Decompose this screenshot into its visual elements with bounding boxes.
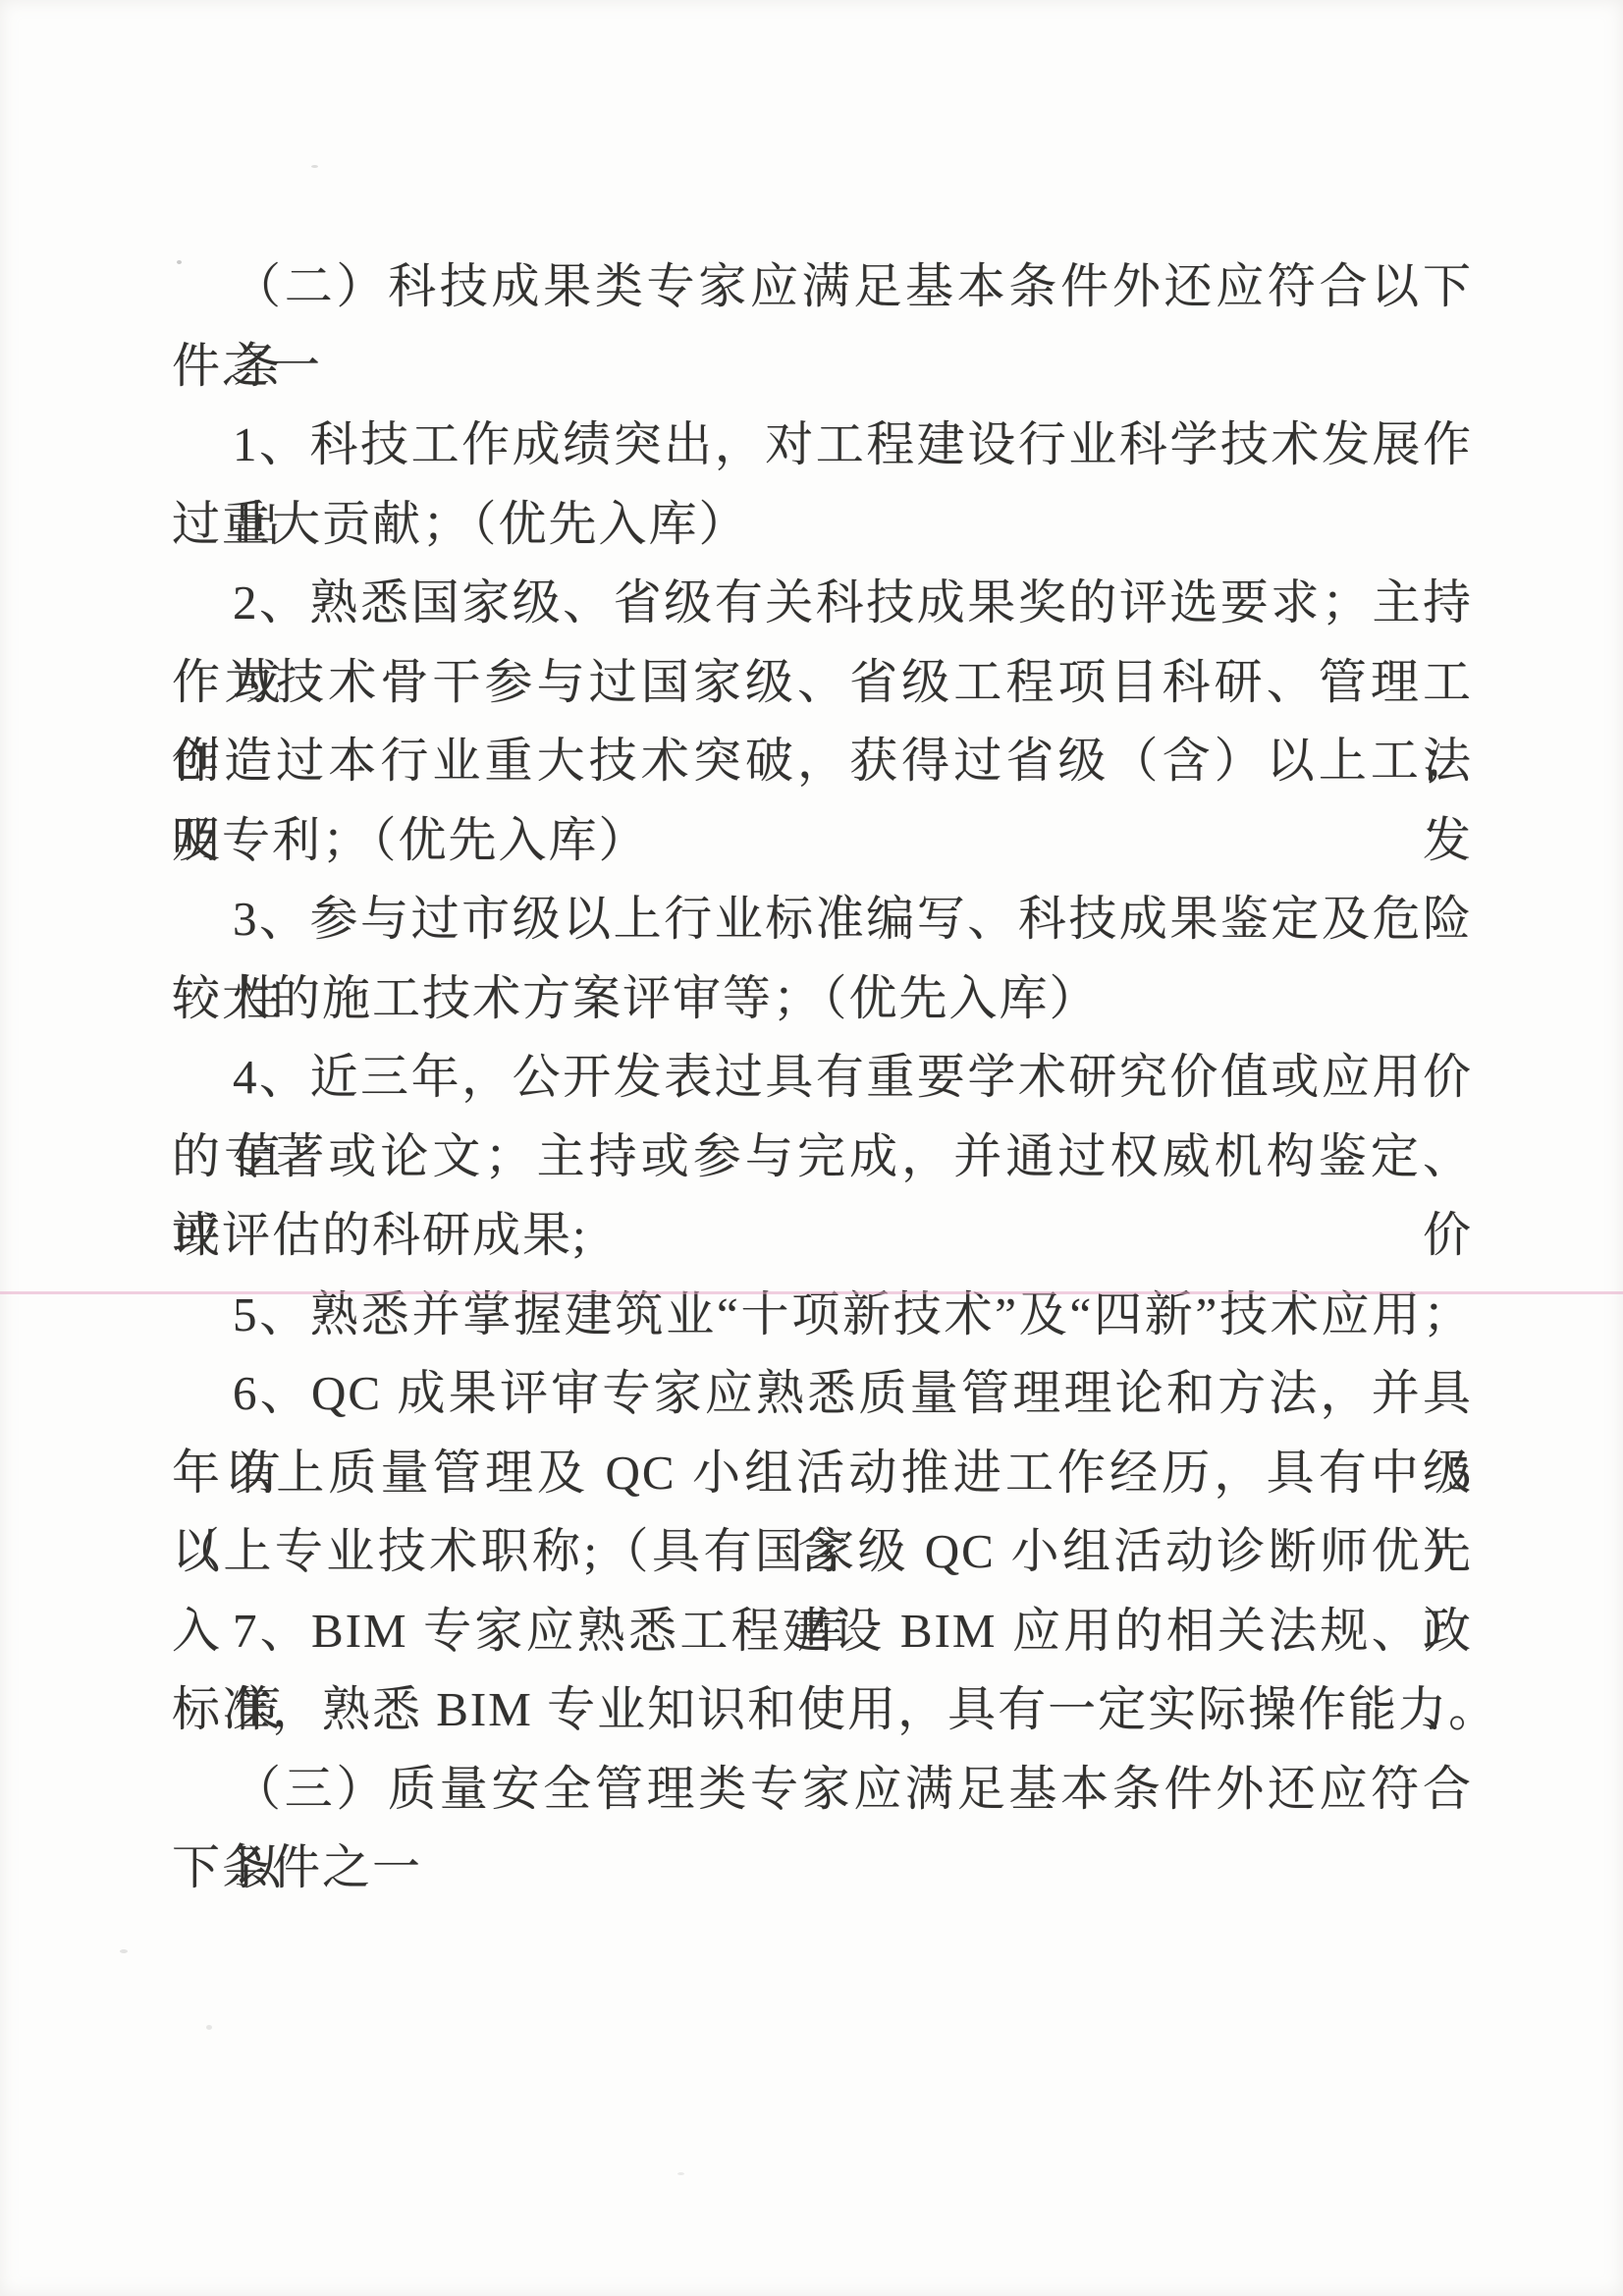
scan-speck (206, 2025, 212, 2030)
text-line: 较大的施工技术方案评审等；（优先入库） (172, 959, 1473, 1039)
text-line: （三）质量安全管理类专家应满足基本条件外还应符合以 (172, 1750, 1473, 1830)
text-line: 1、科技工作成绩突出，对工程建设行业科学技术发展作出 (172, 406, 1473, 485)
scan-speck (677, 2172, 684, 2175)
text-line: 7、BIM 专家应熟悉工程建设 BIM 应用的相关法规、政策、 (172, 1592, 1473, 1671)
text-line: 的专著或论文；主持或参与完成，并通过权威机构鉴定、评价 (172, 1118, 1473, 1197)
text-line: 6、QC 成果评审专家应熟悉质量管理理论和方法，并具有 5 (172, 1354, 1473, 1434)
text-line: 年以上质量管理及 QC 小组活动推进工作经历，具有中级（含） (172, 1434, 1473, 1513)
text-line: （二）科技成果类专家应满足基本条件外还应符合以下条 (172, 247, 1473, 327)
text-line: 3、参与过市级以上行业标准编写、科技成果鉴定及危险性 (172, 880, 1473, 959)
text-line: 件之一 (172, 327, 1473, 407)
document-page: （二）科技成果类专家应满足基本条件外还应符合以下条件之一1、科技工作成绩突出，对… (0, 0, 1623, 2296)
text-line: 下条件之一 (172, 1829, 1473, 1908)
scan-speck (311, 165, 318, 168)
text-block: （二）科技成果类专家应满足基本条件外还应符合以下条件之一1、科技工作成绩突出，对… (172, 247, 1473, 1908)
text-line: 4、近三年，公开发表过具有重要学术研究价值或应用价值 (172, 1038, 1473, 1118)
text-line: 创造过本行业重大技术突破，获得过省级（含）以上工法及发 (172, 722, 1473, 801)
scan-speck (120, 1949, 128, 1953)
text-line: 5、熟悉并掌握建筑业“十项新技术”及“四新”技术应用； (172, 1276, 1473, 1355)
text-line: 2、熟悉国家级、省级有关科技成果奖的评选要求；主持或 (172, 564, 1473, 643)
text-line: 以上专业技术职称;（具有国家级 QC 小组活动诊断师优先入库） (172, 1512, 1473, 1592)
text-line: 标准，熟悉 BIM 专业知识和使用，具有一定实际操作能力。 (172, 1670, 1473, 1750)
text-line: 过重大贡献；（优先入库） (172, 485, 1473, 565)
text-line: 作为技术骨干参与过国家级、省级工程项目科研、管理工作； (172, 643, 1473, 723)
